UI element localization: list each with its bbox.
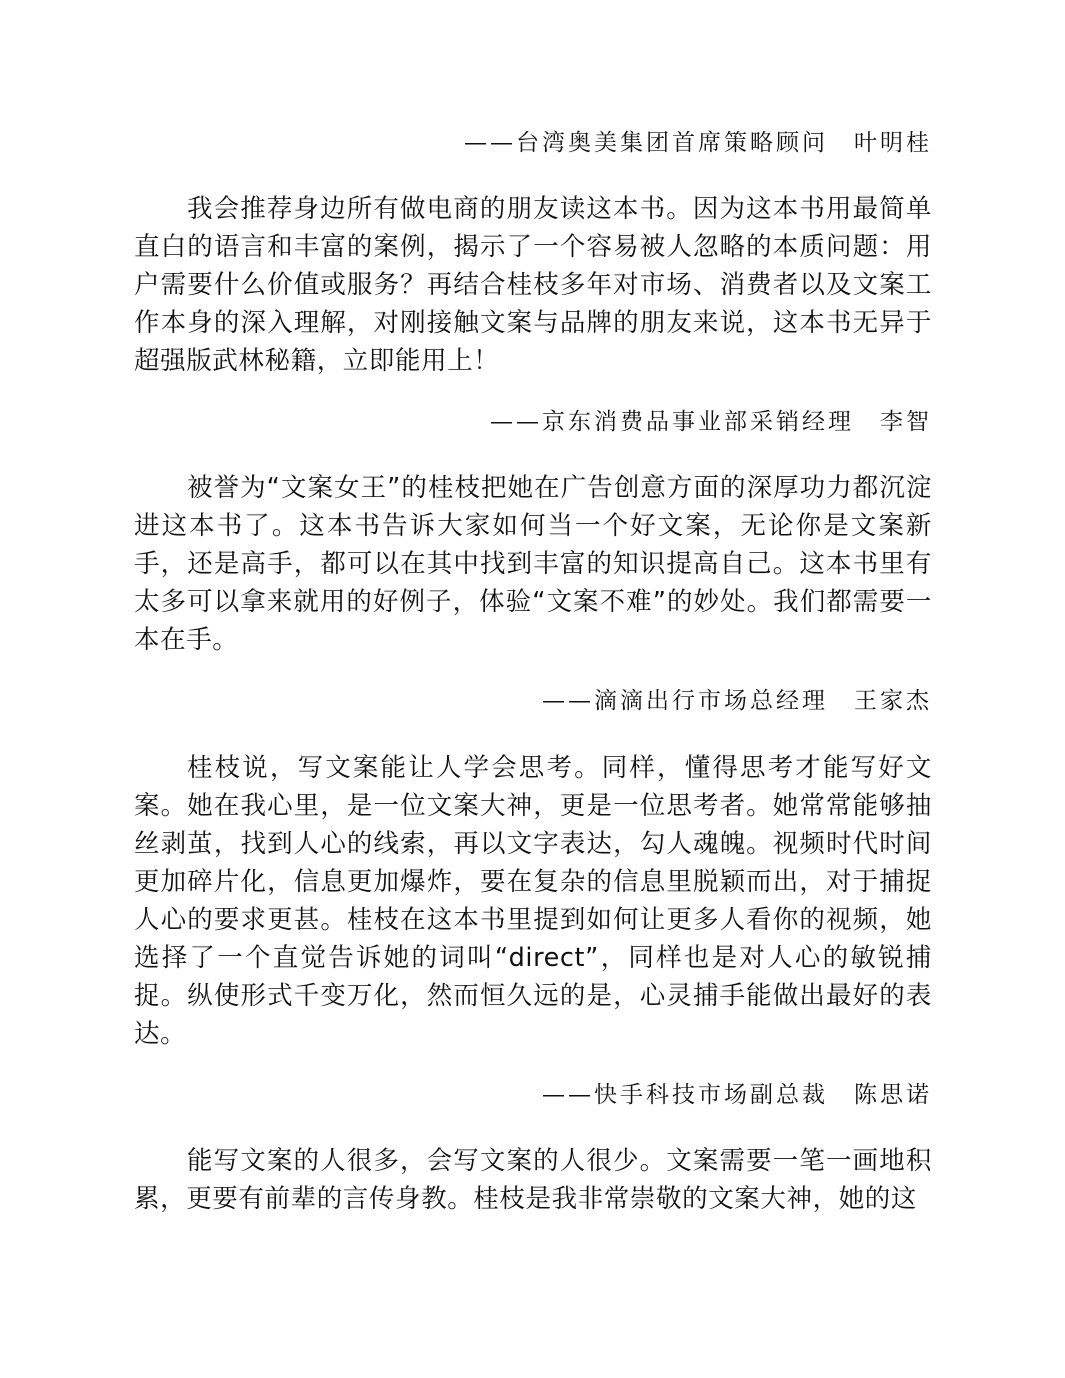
testimonial-paragraph-4: 桂枝说，写文案能让人学会思考。同样，懂得思考才能写好文案。她在我心里，是一位文案…: [134, 749, 932, 1053]
attribution-title: 台湾奥美集团首席策略顾问: [516, 130, 828, 156]
attribution-name: 叶明桂: [854, 130, 932, 156]
attribution-name: 李智: [880, 409, 932, 435]
testimonial-paragraph-2: 我会推荐身边所有做电商的朋友读这本书。因为这本书用最简单直白的语言和丰富的案例，…: [134, 190, 932, 380]
attribution-2: ——京东消费品事业部采销经理李智: [490, 407, 932, 437]
testimonial-paragraph-5: 能写文案的人很多，会写文案的人很少。文案需要一笔一画地积累，更要有前辈的言传身教…: [134, 1142, 932, 1218]
attribution-dash: ——: [490, 409, 542, 435]
attribution-1: ——台湾奥美集团首席策略顾问叶明桂: [464, 128, 932, 158]
attribution-3: ——滴滴出行市场总经理王家杰: [542, 686, 932, 716]
attribution-name: 陈思诺: [854, 1082, 932, 1108]
testimonial-paragraph-3: 被誉为“文案女王”的桂枝把她在广告创意方面的深厚功力都沉淀进这本书了。这本书告诉…: [134, 469, 932, 659]
attribution-title: 京东消费品事业部采销经理: [542, 409, 854, 435]
attribution-4: ——快手科技市场副总裁陈思诺: [542, 1080, 932, 1110]
attribution-dash: ——: [464, 130, 516, 156]
attribution-dash: ——: [542, 1082, 594, 1108]
attribution-title: 快手科技市场副总裁: [594, 1082, 828, 1108]
attribution-name: 王家杰: [854, 688, 932, 714]
attribution-title: 滴滴出行市场总经理: [594, 688, 828, 714]
attribution-dash: ——: [542, 688, 594, 714]
